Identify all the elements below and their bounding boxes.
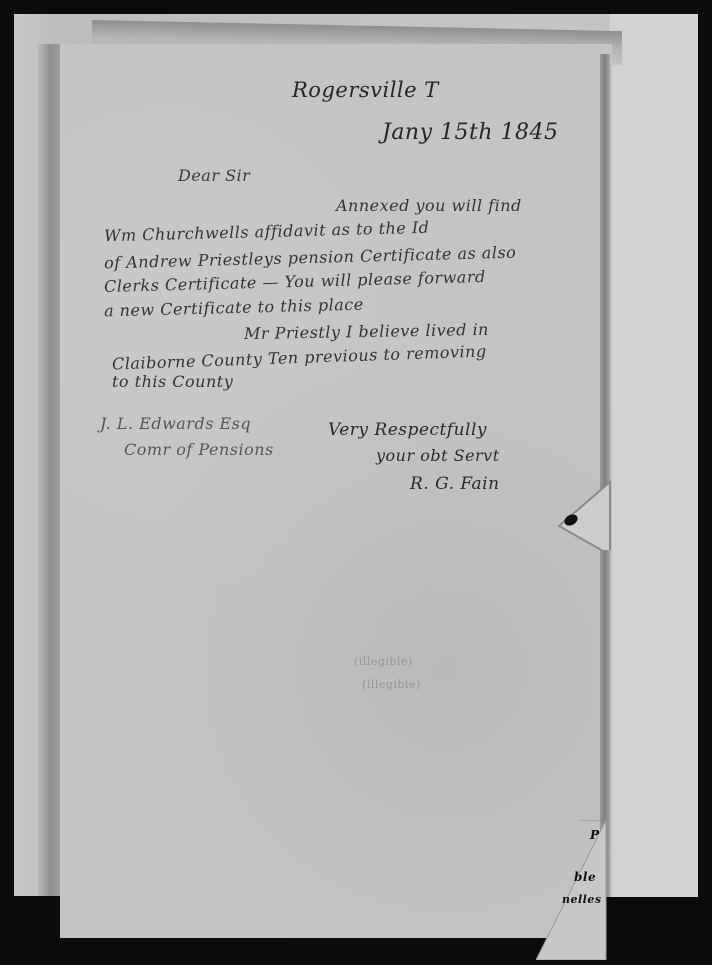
addressee-title: Comr of Pensions [124,440,274,459]
folded-corner-flap [553,480,613,550]
closing-line-2: your obt Servt [376,446,500,465]
scan-left-bottom-border [14,896,60,965]
letter-place: Rogersville T [292,78,439,102]
closing-line-1: Very Respectfully [328,420,487,440]
scan-right-border [698,0,712,965]
back-sheet-right-margin [610,14,698,916]
letter-sheet [60,44,612,939]
faint-stamp-line-2: (illegible) [362,678,421,691]
signature: R. G. Fain [410,474,500,494]
body-line-1: Annexed you will find [336,196,522,215]
flap-fragment-2: ble [574,870,596,884]
body-line-8: to this County [112,372,233,391]
bottom-folded-flap [536,820,616,960]
scan-right-bottom-border [606,897,712,965]
faint-stamp-line-1: (illegible) [354,655,413,668]
addressee-name: J. L. Edwards Esq [100,414,251,433]
letter-date: Jany 15th 1845 [382,120,559,145]
flap-fragment-1: P [590,828,600,842]
flap-fragment-3: nelles [562,893,602,906]
salutation: Dear Sir [178,166,250,185]
